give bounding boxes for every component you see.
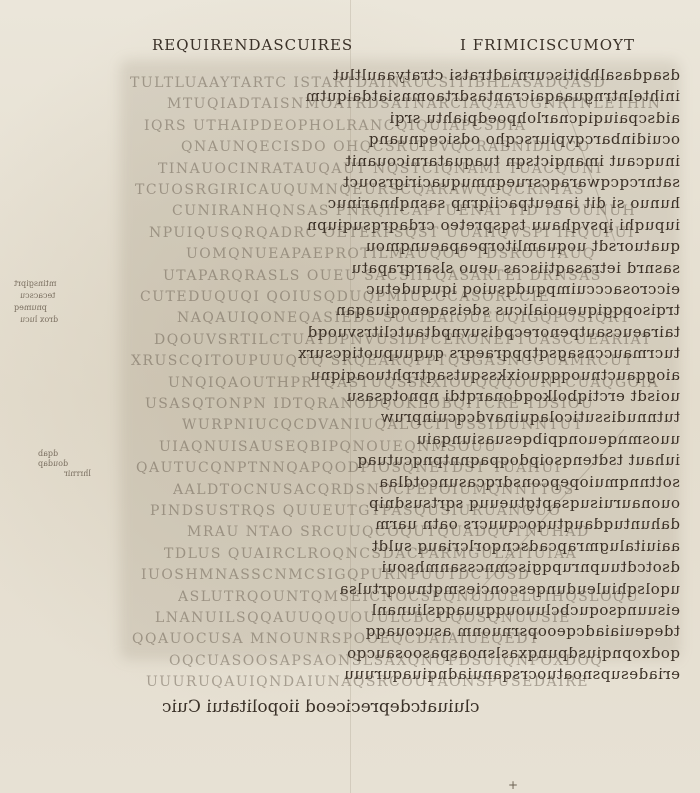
margin-note: mtinsgiprt <box>14 278 56 289</box>
manuscript-leaf: REQUIRENDASCUIRES I FRIMICISCUMOYT dsaqd… <box>0 0 700 793</box>
header-right: I FRIMICISCUMOYT <box>460 36 635 54</box>
margin-note: lhrrnir <box>64 468 91 479</box>
footer-line: cluiuatcdepreciceod iiopolitatui Cuic <box>162 697 479 717</box>
header-left: REQUIRENDASCUIRES <box>152 36 353 54</box>
margin-note: drox lucu <box>20 314 58 325</box>
margin-note: pnumeq <box>14 302 47 313</box>
foot-mark: + <box>508 778 518 792</box>
underlying-script: uuuruqauiqndaiunaqsrcoutaonspusedaire <box>146 674 660 690</box>
margin-note: tecacscu <box>20 290 55 301</box>
